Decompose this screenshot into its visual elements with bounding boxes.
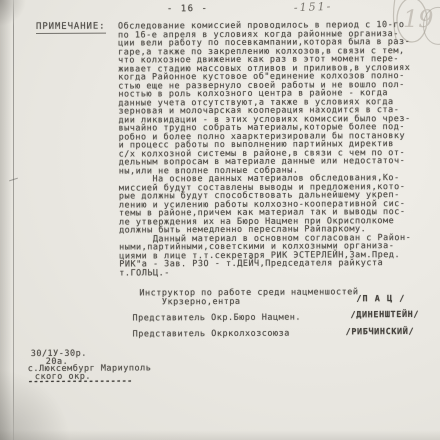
signature-title-okr-buro-natsmen: Представитель Окр.Бюро Нацмен. bbox=[132, 314, 301, 323]
footer-dashed-line: ------------------- bbox=[28, 377, 133, 386]
typed-page-number: - 16 - bbox=[167, 5, 209, 14]
signature-name-pats: /П А Ц / bbox=[356, 295, 405, 304]
document-content: - 16 - -151- 19 ПРИМЕЧАНИЕ: Обследование… bbox=[0, 0, 440, 440]
signature-title-okrkolkhozsoyuz: Представитель Окрколхозсоюза bbox=[133, 330, 290, 339]
note-body-text: Обследование комиссией проводилось в пер… bbox=[118, 21, 431, 278]
signature-name-dinenshtein: /ДИНЕНШТЕЙН/ bbox=[350, 311, 419, 320]
signature-name-ribchinskiy: /РИБЧИНСКИЙ/ bbox=[346, 328, 415, 337]
handwritten-folio-number: -151- bbox=[294, 0, 333, 14]
signature-title-instructor: Инструктор по работе среди нацменшостей … bbox=[139, 288, 358, 306]
note-label: ПРИМЕЧАНИЕ: bbox=[36, 23, 106, 34]
scanned-document-page: - 16 - -151- 19 ПРИМЕЧАНИЕ: Обследование… bbox=[0, 0, 440, 440]
